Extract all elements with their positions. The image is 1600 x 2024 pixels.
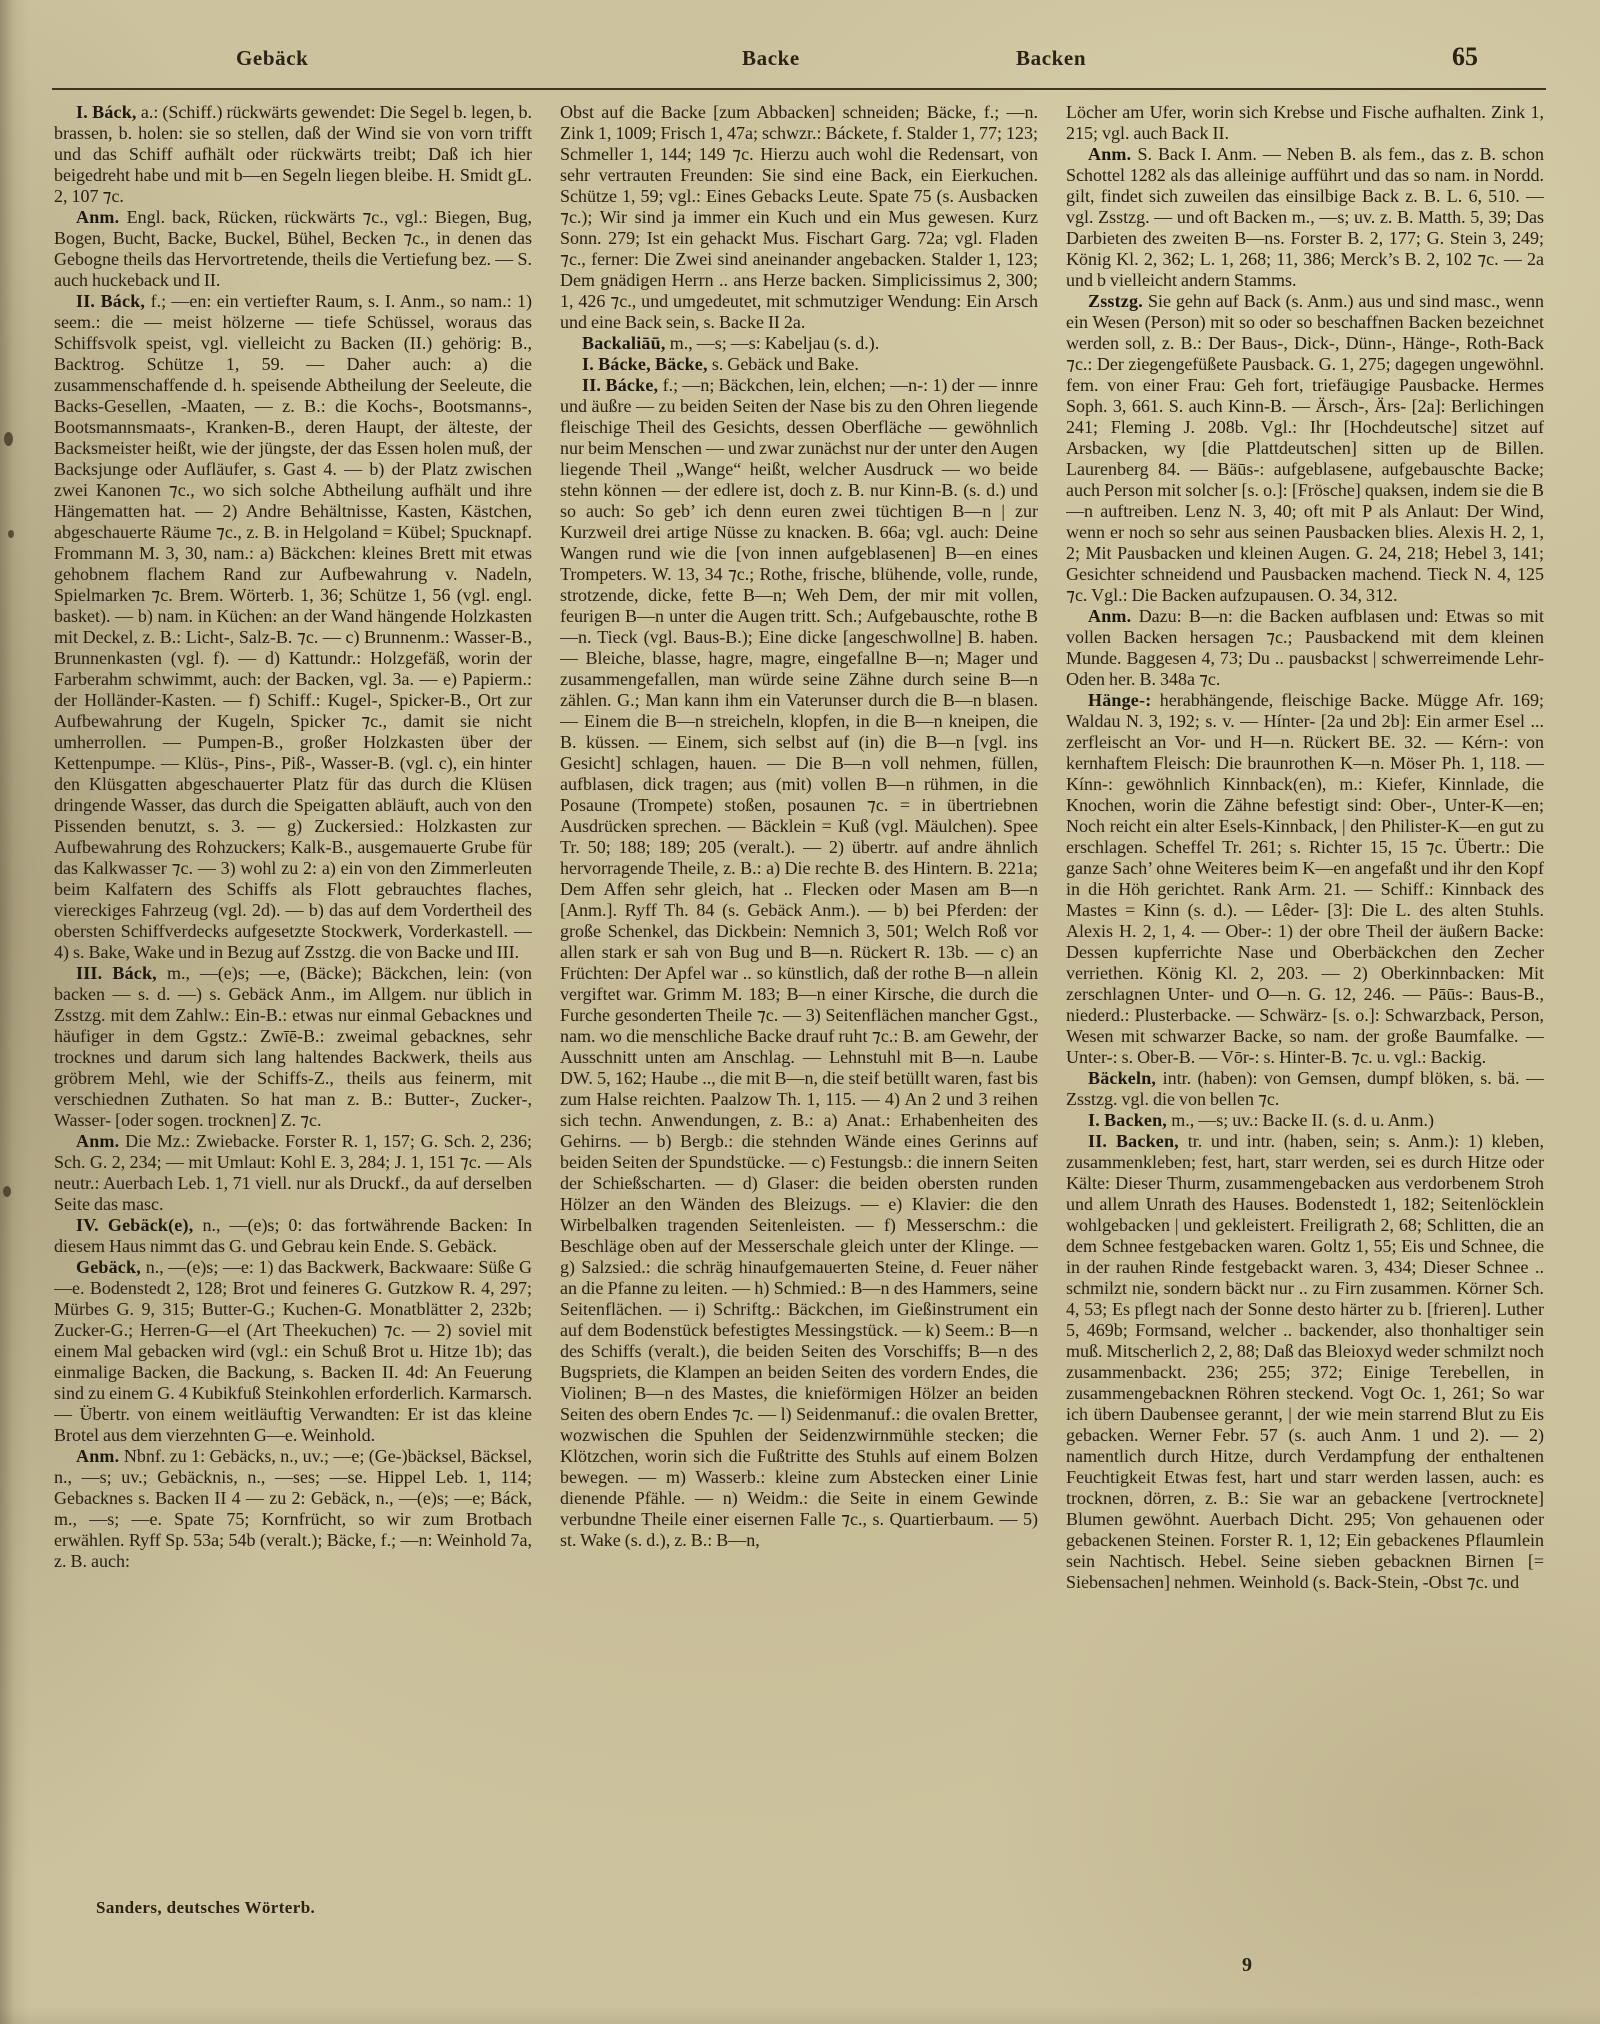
entry-paragraph: Backaliāū, m., —s; —s: Kabeljau (s. d.). xyxy=(560,333,1038,354)
headword: I. Báck, xyxy=(76,102,141,122)
running-head-right: Backen xyxy=(1016,46,1086,71)
column-center: Obst auf die Backe [zum Abbacken] schnei… xyxy=(560,102,1038,1964)
headword: Anm. xyxy=(1088,606,1139,626)
scan-artifact xyxy=(4,432,13,446)
headword: II. Bácke, xyxy=(582,375,663,395)
entry-paragraph: III. Báck, m., —(e)s; —e, (Bäcke); Bäckc… xyxy=(54,963,532,1131)
entry-paragraph: Hänge-: herabhängende, fleischige Backe.… xyxy=(1066,690,1544,1068)
column-left: I. Báck, a.: (Schiff.) rückwärts gewende… xyxy=(54,102,532,1964)
headword: Anm. xyxy=(76,1131,125,1151)
column-right: Löcher am Ufer, worin sich Krebse und Fi… xyxy=(1066,102,1544,1964)
entry-paragraph: II. Backen, tr. und intr. (haben, sein; … xyxy=(1066,1131,1544,1593)
entry-paragraph: Anm. Engl. back, Rücken, rückwärts ⁊c., … xyxy=(54,207,532,291)
entry-paragraph: II. Báck, f.; —en: ein vertiefter Raum, … xyxy=(54,291,532,963)
headword: Backaliāū, xyxy=(582,333,670,353)
entry-paragraph: Anm. Die Mz.: Zwiebacke. Forster R. 1, 1… xyxy=(54,1131,532,1215)
headword: I. Bácke, Bäcke, xyxy=(582,354,712,374)
running-head-center: Backe xyxy=(742,46,800,71)
headword: Anm. xyxy=(1088,144,1137,164)
headword: Zsstzg. xyxy=(1088,291,1148,311)
running-head-left: Gebäck xyxy=(236,46,308,71)
entry-paragraph: Bäckeln, intr. (haben): von Gemsen, dump… xyxy=(1066,1068,1544,1110)
text-columns: I. Báck, a.: (Schiff.) rückwärts gewende… xyxy=(54,102,1546,1964)
dictionary-page: Gebäck Backe Backen 65 I. Báck, a.: (Sch… xyxy=(0,0,1600,2024)
headword: Anm. xyxy=(76,1446,124,1466)
entry-paragraph: Zsstzg. Sie gehn auf Back (s. Anm.) aus … xyxy=(1066,291,1544,606)
headword: I. Backen, xyxy=(1088,1110,1171,1130)
entry-paragraph: I. Backen, m., —s; uv.: Backe II. (s. d.… xyxy=(1066,1110,1544,1131)
entry-paragraph: I. Bácke, Bäcke, s. Gebäck und Bake. xyxy=(560,354,1038,375)
headword: Bäckeln, xyxy=(1088,1068,1163,1088)
page-number: 65 xyxy=(1452,42,1478,72)
headword: II. Báck, xyxy=(76,291,151,311)
header-rule xyxy=(52,88,1546,90)
entry-paragraph: Obst auf die Backe [zum Abbacken] schnei… xyxy=(560,102,1038,333)
entry-paragraph: Löcher am Ufer, worin sich Krebse und Fi… xyxy=(1066,102,1544,144)
scan-artifact xyxy=(8,530,14,538)
publisher-footline: Sanders, deutsches Wörterb. xyxy=(96,1898,315,1918)
entry-paragraph: Anm. S. Back I. Anm. — Neben B. als fem.… xyxy=(1066,144,1544,291)
entry-paragraph: Gebäck, n., —(e)s; —e: 1) das Backwerk, … xyxy=(54,1257,532,1446)
headword: Anm. xyxy=(76,207,127,227)
headword: Hänge-: xyxy=(1088,690,1160,710)
entry-paragraph: II. Bácke, f.; —n; Bäckchen, lein, elche… xyxy=(560,375,1038,1551)
headword: II. Backen, xyxy=(1088,1131,1188,1151)
headword: III. Báck, xyxy=(76,963,167,983)
headword: IV. Gebäck(e), xyxy=(76,1215,203,1235)
entry-paragraph: Anm. Dazu: B—n: die Backen aufblasen und… xyxy=(1066,606,1544,690)
headword: Gebäck, xyxy=(76,1257,146,1277)
scan-artifact xyxy=(3,1186,11,1197)
entry-paragraph: Anm. Nbnf. zu 1: Gebäcks, n., uv.; —e; (… xyxy=(54,1446,532,1572)
entry-paragraph: IV. Gebäck(e), n., —(e)s; 0: das fortwäh… xyxy=(54,1215,532,1257)
entry-paragraph: I. Báck, a.: (Schiff.) rückwärts gewende… xyxy=(54,102,532,207)
sheet-signature-mark: 9 xyxy=(1242,1954,1252,1977)
